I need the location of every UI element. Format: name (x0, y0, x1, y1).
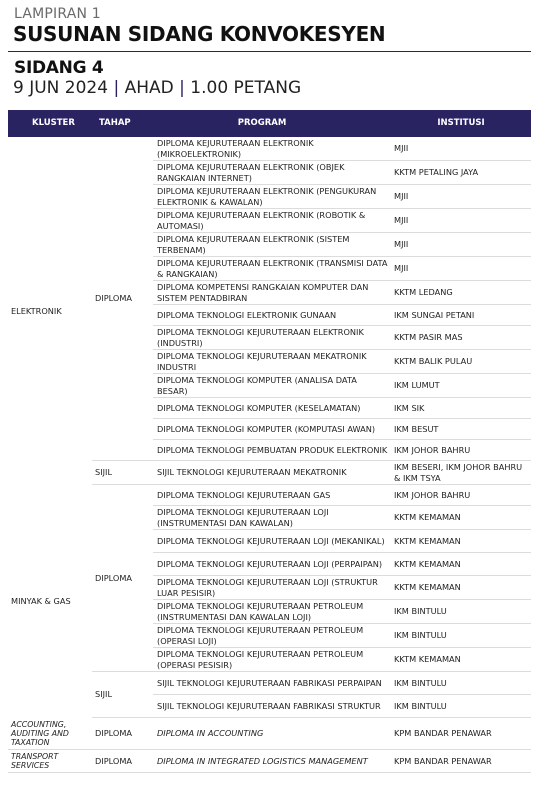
cell-program: DIPLOMA IN ACCOUNTING (153, 718, 391, 750)
cell-program: DIPLOMA TEKNOLOGI KEJURUTERAAN LOJI (MEK… (153, 530, 391, 553)
cell-kluster: ACCOUNTING, AUDITING AND TAXATION (8, 718, 92, 750)
cell-institusi: MJII (391, 209, 531, 233)
cell-institusi: IKM BINTULU (391, 672, 531, 695)
cell-program: DIPLOMA TEKNOLOGI KOMPUTER (KESELAMATAN) (153, 398, 391, 419)
cell-program: DIPLOMA TEKNOLOGI KOMPUTER (KOMPUTASI AW… (153, 419, 391, 440)
cell-institusi: KKTM KEMAMAN (391, 553, 531, 576)
cell-institusi: MJII (391, 185, 531, 209)
cell-tahap: DIPLOMA (92, 750, 153, 773)
appendix-label: LAMPIRAN 1 (14, 6, 101, 22)
cell-kluster: TRANSPORT SERVICES (8, 750, 92, 773)
cell-institusi: IKM JOHOR BAHRU (391, 485, 531, 506)
cell-institusi: IKM BINTULU (391, 695, 531, 718)
cell-program: DIPLOMA TEKNOLOGI KEJURUTERAAN MEKATRONI… (153, 350, 391, 374)
cell-program: DIPLOMA KEJURUTERAAN ELEKTRONIK (ROBOTIK… (153, 209, 391, 233)
page-title: SUSUNAN SIDANG KONVOKESYEN (13, 22, 385, 46)
cell-tahap: DIPLOMA (92, 137, 153, 461)
cell-program: DIPLOMA KEJURUTERAAN ELEKTRONIK (PENGUKU… (153, 185, 391, 209)
cell-program: DIPLOMA TEKNOLOGI PEMBUATAN PRODUK ELEKT… (153, 440, 391, 461)
table-row: TRANSPORT SERVICESDIPLOMADIPLOMA IN INTE… (8, 750, 531, 773)
cell-tahap: SIJIL (92, 672, 153, 718)
cell-institusi: IKM SUNGAI PETANI (391, 305, 531, 326)
cell-institusi: IKM BESERI, IKM JOHOR BAHRU & IKM TSYA (391, 461, 531, 485)
cell-institusi: IKM JOHOR BAHRU (391, 440, 531, 461)
table-header-row: KLUSTER TAHAP PROGRAM INSTITUSI (8, 110, 531, 137)
cell-institusi: KKTM PETALING JAYA (391, 161, 531, 185)
column-header-program: PROGRAM (153, 110, 391, 137)
cell-institusi: KPM BANDAR PENAWAR (391, 718, 531, 750)
session-date: 9 JUN 2024 (13, 78, 108, 98)
cell-program: DIPLOMA TEKNOLOGI KEJURUTERAAN LOJI (PER… (153, 553, 391, 576)
cell-institusi: KKTM BALIK PULAU (391, 350, 531, 374)
session-title: SIDANG 4 (14, 58, 103, 78)
table-row: ACCOUNTING, AUDITING AND TAXATIONDIPLOMA… (8, 718, 531, 750)
cell-institusi: KKTM KEMAMAN (391, 648, 531, 672)
cell-program: DIPLOMA TEKNOLOGI KEJURUTERAAN PETROLEUM… (153, 624, 391, 648)
cell-institusi: MJII (391, 137, 531, 161)
cell-program: DIPLOMA TEKNOLOGI KOMPUTER (ANALISA DATA… (153, 374, 391, 398)
cell-institusi: IKM BINTULU (391, 624, 531, 648)
cell-program: DIPLOMA KEJURUTERAAN ELEKTRONIK (TRANSMI… (153, 257, 391, 281)
cell-program: DIPLOMA KEJURUTERAAN ELEKTRONIK (MIKROEL… (153, 137, 391, 161)
cell-tahap: SIJIL (92, 461, 153, 485)
cell-institusi: MJII (391, 233, 531, 257)
cell-program: DIPLOMA KOMPETENSI RANGKAIAN KOMPUTER DA… (153, 281, 391, 305)
cell-institusi: IKM BESUT (391, 419, 531, 440)
cell-program: DIPLOMA KEJURUTERAAN ELEKTRONIK (OBJEK R… (153, 161, 391, 185)
session-datetime: 9 JUN 2024 | AHAD | 1.00 PETANG (13, 78, 301, 98)
column-header-kluster: KLUSTER (8, 110, 92, 137)
cell-program: DIPLOMA TEKNOLOGI KEJURUTERAAN GAS (153, 485, 391, 506)
session-day: AHAD (125, 78, 174, 98)
cell-institusi: MJII (391, 257, 531, 281)
column-header-institusi: INSTITUSI (391, 110, 531, 137)
schedule-table: KLUSTER TAHAP PROGRAM INSTITUSI ELEKTRON… (8, 110, 531, 773)
cell-institusi: IKM BINTULU (391, 600, 531, 624)
table-body: ELEKTRONIKDIPLOMADIPLOMA KEJURUTERAAN EL… (8, 137, 531, 773)
cell-program: DIPLOMA TEKNOLOGI KEJURUTERAAN LOJI (INS… (153, 506, 391, 530)
cell-program: SIJIL TEKNOLOGI KEJURUTERAAN FABRIKASI P… (153, 672, 391, 695)
cell-program: DIPLOMA TEKNOLOGI ELEKTRONIK GUNAAN (153, 305, 391, 326)
cell-institusi: KKTM KEMAMAN (391, 530, 531, 553)
title-divider (8, 51, 531, 52)
cell-institusi: IKM SIK (391, 398, 531, 419)
cell-tahap: DIPLOMA (92, 485, 153, 672)
cell-program: DIPLOMA TEKNOLOGI KEJURUTERAAN LOJI (STR… (153, 576, 391, 600)
cell-institusi: IKM LUMUT (391, 374, 531, 398)
cell-kluster: ELEKTRONIK (8, 137, 92, 485)
session-time: 1.00 PETANG (190, 78, 301, 98)
cell-institusi: KPM BANDAR PENAWAR (391, 750, 531, 773)
cell-institusi: KKTM KEMAMAN (391, 506, 531, 530)
cell-program: DIPLOMA TEKNOLOGI KEJURUTERAAN ELEKTRONI… (153, 326, 391, 350)
separator: | (113, 78, 119, 98)
cell-program: DIPLOMA KEJURUTERAAN ELEKTRONIK (SISTEM … (153, 233, 391, 257)
cell-program: DIPLOMA TEKNOLOGI KEJURUTERAAN PETROLEUM… (153, 600, 391, 624)
cell-tahap: DIPLOMA (92, 718, 153, 750)
cell-program: DIPLOMA TEKNOLOGI KEJURUTERAAN PETROLEUM… (153, 648, 391, 672)
table-row: ELEKTRONIKDIPLOMADIPLOMA KEJURUTERAAN EL… (8, 137, 531, 161)
cell-institusi: KKTM PASIR MAS (391, 326, 531, 350)
separator: | (179, 78, 185, 98)
cell-program: SIJIL TEKNOLOGI KEJURUTERAAN FABRIKASI S… (153, 695, 391, 718)
cell-program: SIJIL TEKNOLOGI KEJURUTERAAN MEKATRONIK (153, 461, 391, 485)
cell-institusi: KKTM KEMAMAN (391, 576, 531, 600)
column-header-tahap: TAHAP (92, 110, 153, 137)
table-row: MINYAK & GASDIPLOMADIPLOMA TEKNOLOGI KEJ… (8, 485, 531, 506)
cell-kluster: MINYAK & GAS (8, 485, 92, 718)
cell-program: DIPLOMA IN INTEGRATED LOGISTICS MANAGEME… (153, 750, 391, 773)
cell-institusi: KKTM LEDANG (391, 281, 531, 305)
